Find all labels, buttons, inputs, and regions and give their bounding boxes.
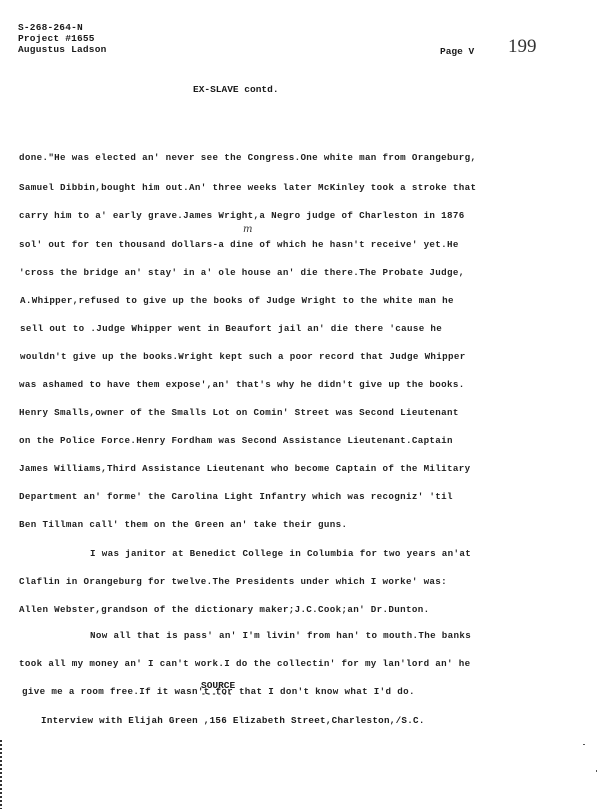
header-id-line: S-268-264-N (18, 22, 107, 33)
body-line: sol' out for ten thousand dollars-a dine… (19, 239, 459, 250)
body-line: Allen Webster,grandson of the dictionary… (19, 604, 429, 615)
body-line: Now all that is pass' an' I'm livin' fro… (90, 630, 471, 641)
body-line: on the Police Force.Henry Fordham was Se… (19, 435, 453, 446)
body-line: Samuel Dibbin,bought him out.An' three w… (19, 182, 476, 193)
body-line: was ashamed to have them expose',an' tha… (19, 379, 465, 390)
body-line: sell out to .Judge Whipper went in Beauf… (20, 323, 442, 334)
body-line: I was janitor at Benedict College in Col… (90, 548, 471, 559)
body-line: carry him to a' early grave.James Wright… (19, 210, 465, 221)
body-line: Ben Tillman call' them on the Green an' … (19, 519, 347, 530)
body-line: Department an' forme' the Carolina Light… (19, 491, 453, 502)
scan-speck (583, 744, 585, 745)
scan-speck (596, 770, 597, 772)
body-line: Henry Smalls,owner of the Smalls Lot on … (19, 407, 459, 418)
body-line: wouldn't give up the books.Wright kept s… (20, 351, 466, 362)
handwritten-correction: m (243, 224, 252, 235)
document-title: EX-SLAVE contd. (193, 84, 279, 95)
scan-edge-artifact (0, 740, 2, 809)
header-author-line: Augustus Ladson (18, 44, 107, 55)
page-label: Page V (440, 46, 474, 57)
page-number: 199 (508, 36, 537, 58)
document-page: S-268-264-N Project #1655 Augustus Ladso… (0, 0, 600, 809)
source-citation: Interview with Elijah Green ,156 Elizabe… (41, 715, 425, 726)
body-line: A.Whipper,refused to give up the books o… (20, 295, 454, 306)
source-underline: ------ (201, 690, 233, 699)
body-line: done."He was elected an' never see the C… (19, 152, 476, 163)
body-line: Claflin in Orangeburg for twelve.The Pre… (19, 576, 447, 587)
body-line: 'cross the bridge an' stay' in a' ole ho… (19, 267, 465, 278)
header-project-line: Project #1655 (18, 33, 107, 44)
body-line: took all my money an' I can't work.I do … (19, 658, 470, 669)
document-header: S-268-264-N Project #1655 Augustus Ladso… (18, 22, 107, 55)
body-line: James Williams,Third Assistance Lieutena… (19, 463, 470, 474)
